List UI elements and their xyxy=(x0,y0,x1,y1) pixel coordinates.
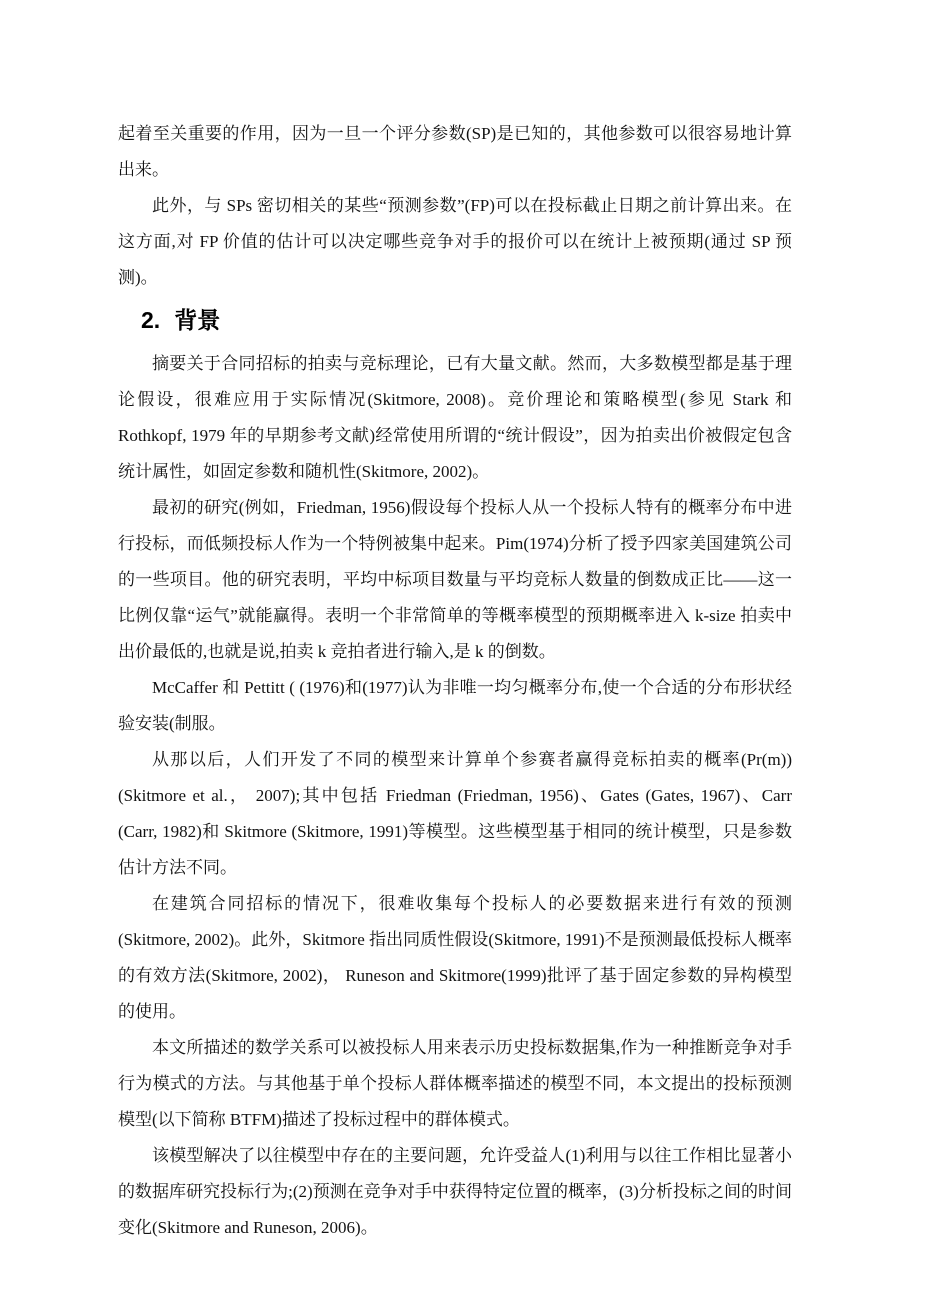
document-content: 起着至关重要的作用，因为一旦一个评分参数(SP)是已知的，其他参数可以很容易地计… xyxy=(118,116,792,1246)
heading-title: 背景 xyxy=(174,307,220,333)
paragraph: McCaffer 和 Pettitt ( (1976)和(1977)认为非唯一均… xyxy=(118,670,792,742)
paragraph: 起着至关重要的作用，因为一旦一个评分参数(SP)是已知的，其他参数可以很容易地计… xyxy=(118,116,792,188)
paragraph: 从那以后，人们开发了不同的模型来计算单个参赛者赢得竞标拍卖的概率(Pr(m)) … xyxy=(118,742,792,886)
paragraph: 此外，与 SPs 密切相关的某些“预测参数”(FP)可以在投标截止日期之前计算出… xyxy=(118,188,792,296)
section-heading-background: 2.背景 xyxy=(118,300,792,340)
paragraph: 摘要关于合同招标的拍卖与竞标理论，已有大量文献。然而，大多数模型都是基于理论假设… xyxy=(118,346,792,490)
paragraph: 本文所描述的数学关系可以被投标人用来表示历史投标数据集,作为一种推断竞争对手行为… xyxy=(118,1030,792,1138)
heading-number: 2. xyxy=(141,307,160,333)
paragraph: 该模型解决了以往模型中存在的主要问题，允许受益人(1)利用与以往工作相比显著小的… xyxy=(118,1138,792,1246)
paragraph: 在建筑合同招标的情况下，很难收集每个投标人的必要数据来进行有效的预测(Skitm… xyxy=(118,886,792,1030)
paragraph: 最初的研究(例如，Friedman, 1956)假设每个投标人从一个投标人特有的… xyxy=(118,490,792,670)
document-page: 起着至关重要的作用，因为一旦一个评分参数(SP)是已知的，其他参数可以很容易地计… xyxy=(0,0,925,1309)
